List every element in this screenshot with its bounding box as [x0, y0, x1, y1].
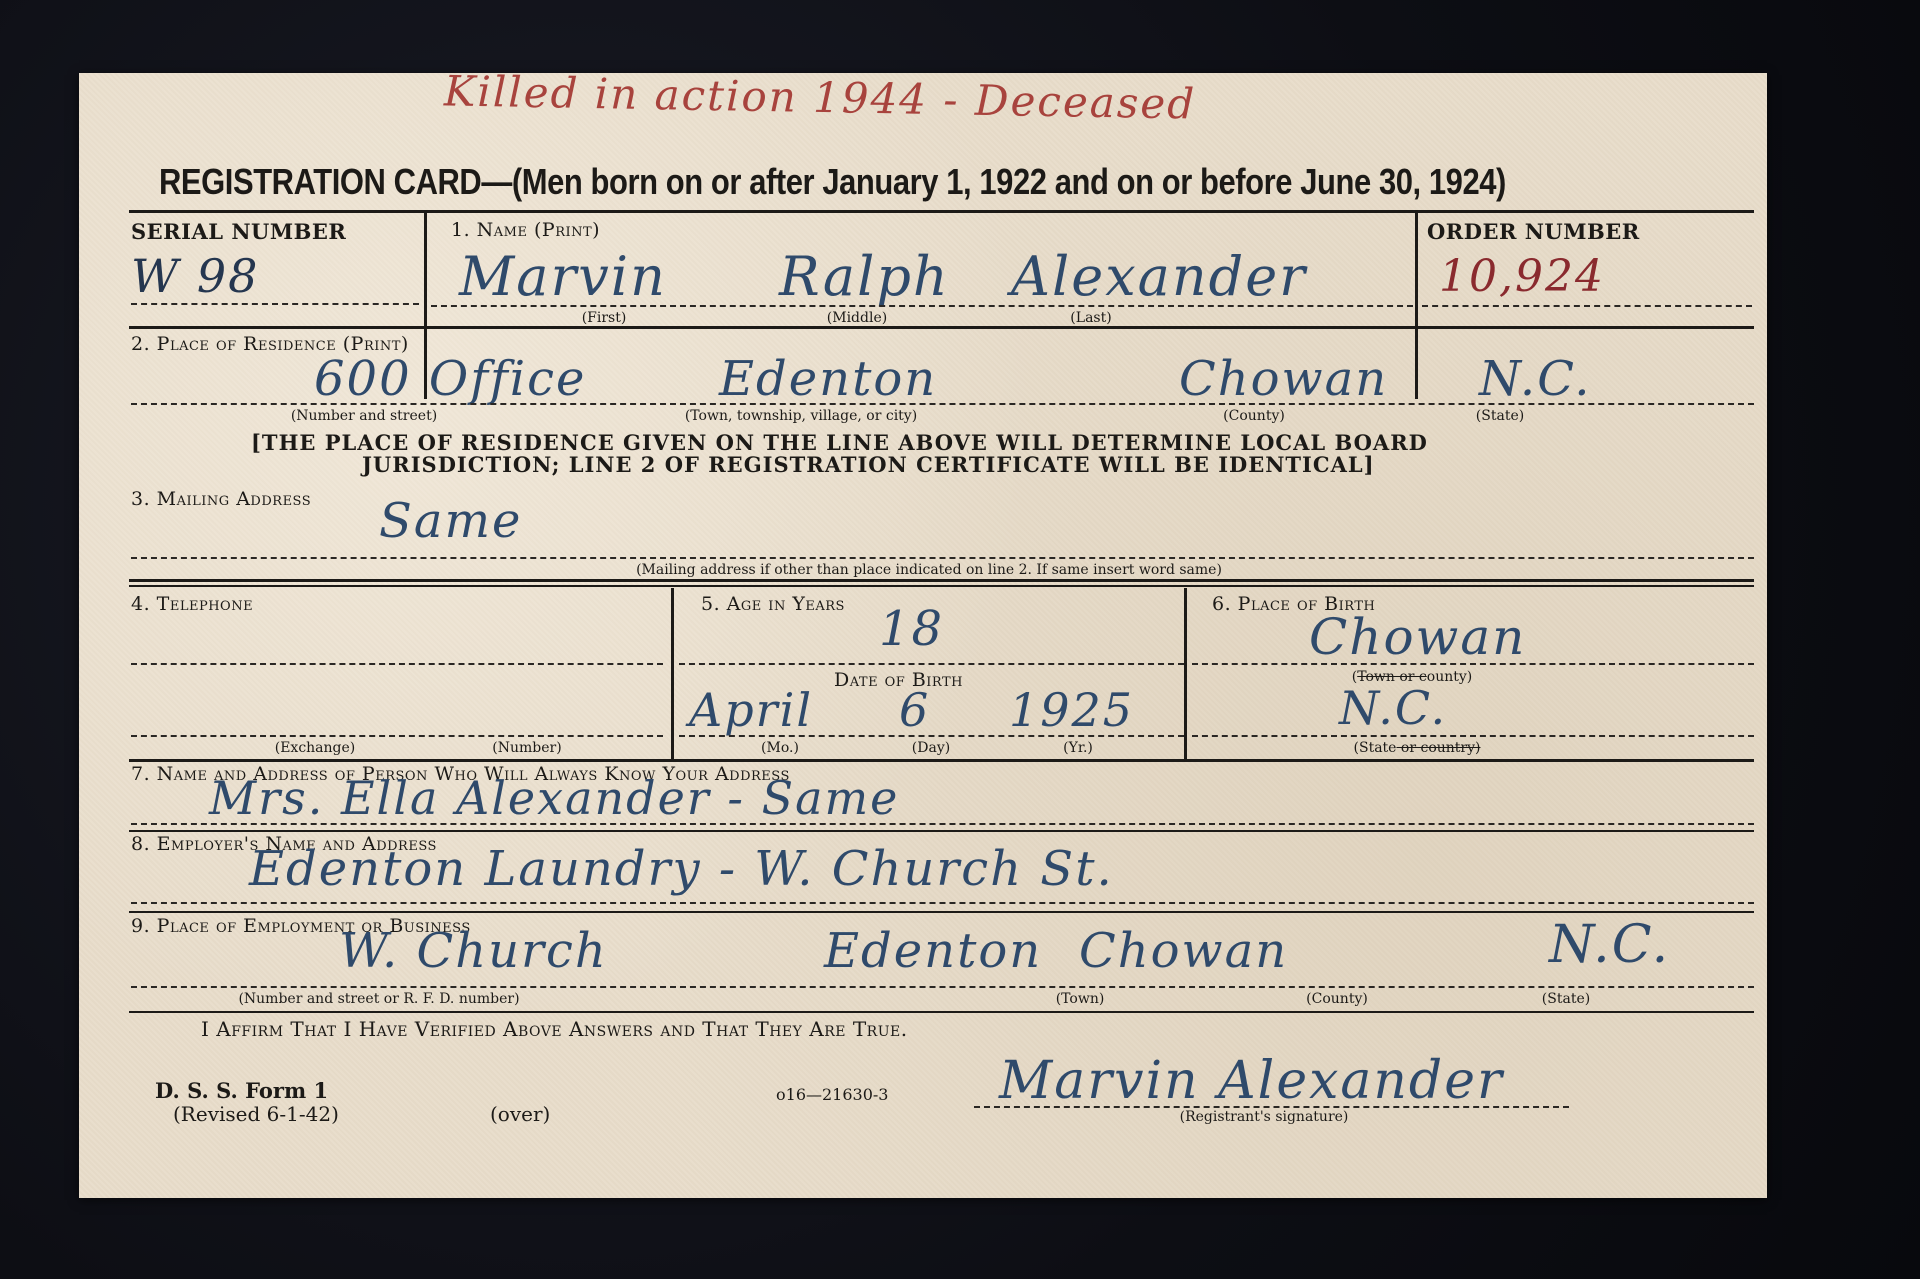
employer-value: Edenton Laundry - W. Church St.: [249, 841, 1114, 897]
telephone-line-1: [131, 663, 663, 665]
jurisdiction-notice-line2: JURISDICTION; LINE 2 OF REGISTRATION CER…: [362, 452, 1375, 477]
caption-first: (First): [582, 310, 627, 326]
name-last: Alexander: [1011, 245, 1307, 308]
caption-street: (Number and street): [291, 408, 437, 424]
caption-county: (County): [1223, 408, 1285, 424]
telephone-line-2: [131, 735, 663, 737]
employment-line: [131, 986, 1754, 988]
serial-number-label: SERIAL NUMBER: [131, 219, 346, 244]
caption-year: (Yr.): [1063, 740, 1093, 756]
caption-state-or-country: (State or country): [1354, 740, 1481, 756]
age-label: 5. Age in Years: [701, 593, 845, 615]
dob-year: 1925: [1009, 683, 1134, 737]
card-title: REGISTRATION CARD—(Men born on or after …: [159, 161, 1506, 203]
row-separator: [129, 326, 1754, 329]
residence-county: Chowan: [1179, 351, 1388, 407]
row-separator: [129, 1011, 1754, 1013]
serial-number-value: W 98: [131, 249, 259, 303]
mailing-caption: (Mailing address if other than place ind…: [636, 562, 1222, 578]
row-separator: [129, 759, 1754, 762]
mailing-address-value: Same: [379, 493, 522, 549]
caption-day: (Day): [912, 740, 950, 756]
order-number-value: 10,924: [1439, 251, 1605, 302]
employment-street: W. Church: [339, 923, 608, 979]
order-number-label: ORDER NUMBER: [1427, 219, 1640, 244]
caption-employment-street: (Number and street or R. F. D. number): [238, 991, 519, 1007]
row-separator: [129, 579, 1754, 582]
contact-person-value: Mrs. Ella Alexander - Same: [209, 771, 899, 825]
row-separator: [129, 911, 1754, 913]
telephone-label: 4. Telephone: [131, 593, 253, 615]
form-number: D. S. S. Form 1: [155, 1078, 328, 1103]
divider: [671, 588, 674, 760]
dob-day: 6: [899, 683, 930, 737]
age-line: [679, 663, 1184, 665]
mailing-line: [131, 557, 1754, 559]
employment-town: Edenton: [824, 923, 1042, 979]
row-separator: [129, 830, 1754, 832]
employment-county: Chowan: [1079, 923, 1288, 979]
name-line: [431, 305, 1413, 307]
birthplace-state: N.C.: [1339, 681, 1447, 735]
residence-line: [131, 403, 1754, 405]
caption-exchange: (Exchange): [275, 740, 356, 756]
dob-month: April: [689, 683, 813, 737]
killed-in-action-annotation: Killed in action 1944 - Deceased: [444, 66, 1197, 128]
signature-caption: (Registrant's signature): [1180, 1109, 1349, 1125]
name-first: Marvin: [459, 245, 667, 308]
employment-state: N.C.: [1549, 915, 1670, 975]
name-middle: Ralph: [779, 245, 950, 308]
mailing-address-label: 3. Mailing Address: [131, 488, 311, 510]
dob-line: [679, 735, 1184, 737]
signature-line: [974, 1106, 1569, 1108]
caption-employment-county: (County): [1306, 991, 1368, 1007]
residence-town: Edenton: [719, 351, 937, 407]
revised-date: (Revised 6-1-42): [173, 1102, 339, 1126]
birthplace-county: Chowan: [1309, 608, 1526, 666]
registration-card: Killed in action 1944 - Deceased REGISTR…: [79, 73, 1767, 1198]
age-value: 18: [879, 601, 944, 657]
caption-employment-town: (Town): [1056, 991, 1105, 1007]
serial-line: [131, 303, 419, 305]
residence-street: 600 Office: [314, 351, 586, 407]
registrant-signature: Marvin Alexander: [999, 1051, 1504, 1111]
contact-line: [131, 823, 1754, 825]
employer-line: [131, 902, 1754, 904]
over-note: (over): [490, 1102, 550, 1126]
caption-month: (Mo.): [761, 740, 799, 756]
caption-number: (Number): [492, 740, 561, 756]
birthplace-line-2: [1192, 735, 1754, 737]
caption-town: (Town, township, village, or city): [685, 408, 917, 424]
order-line: [1422, 305, 1752, 307]
title-underline: [129, 210, 1754, 213]
affirmation-text: I Affirm That I Have Verified Above Answ…: [201, 1017, 908, 1041]
divider: [1184, 588, 1187, 760]
birthplace-line-1: [1192, 663, 1754, 665]
row-separator: [129, 585, 1754, 587]
caption-middle: (Middle): [827, 310, 887, 326]
divider: [1415, 213, 1418, 399]
name-label: 1. Name (Print): [451, 219, 600, 241]
print-code: o16—21630-3: [776, 1085, 888, 1104]
caption-state: (State): [1476, 408, 1524, 424]
caption-last: (Last): [1070, 310, 1111, 326]
caption-employment-state: (State): [1542, 991, 1590, 1007]
residence-state: N.C.: [1479, 351, 1591, 407]
